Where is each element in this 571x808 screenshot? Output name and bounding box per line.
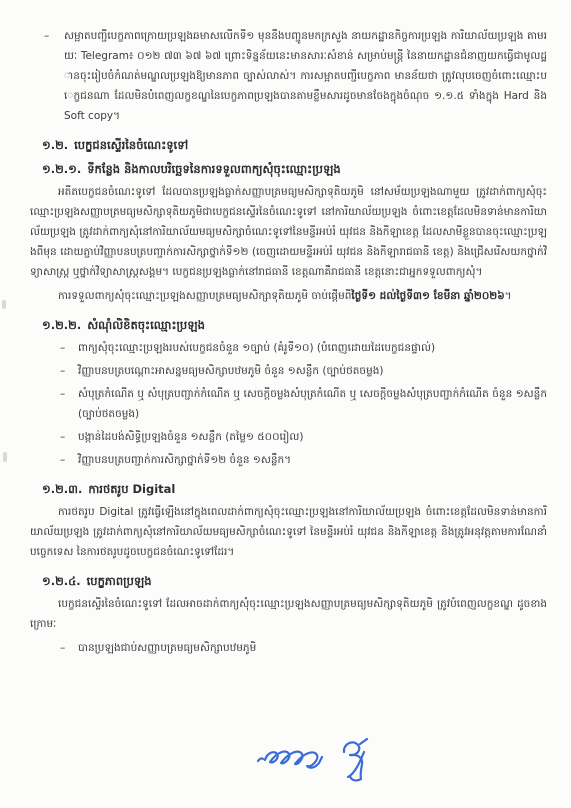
paragraph-1-2-1-dates: ការទទួលពាក្យសុំចុះឈ្មោះប្រឡងសញ្ញាបត្រមធ្…: [30, 286, 547, 306]
section-heading-1-2: ១.២.បេក្ខជនស្ទើរនៃចំណេះទូទៅ: [42, 134, 547, 156]
eligibility-list: – បានប្រឡងជាប់សញ្ញាបត្រមធ្យមសិក្សាបឋមភូម…: [30, 638, 547, 658]
section-title: ទីកន្លែង និងកាលបរិច្ឆេទនៃការទទួលពាក្យសុំ…: [87, 162, 340, 176]
section-title: បេក្ខជនស្ទើរនៃចំណេះទូទៅ: [74, 138, 188, 152]
handwritten-signature: [256, 734, 382, 782]
section-number: ១.២.៤.: [42, 574, 81, 588]
list-item: – បង្កាន់ដៃបង់សិទ្ធិប្រឡងចំនួន ១សន្លឹក (…: [60, 427, 547, 447]
section-heading-1-2-3: ១.២.៣.ការថតរូប Digital: [42, 478, 547, 500]
section-title: សំណុំលិខិតចុះឈ្មោះប្រឡង: [87, 318, 205, 332]
paragraph-1-2-4-body: បេក្ខជនស្ទើរនៃចំណេះទូទៅ ដែលអាចដាក់ពាក្យស…: [30, 594, 547, 634]
bullet-dash: –: [60, 450, 65, 470]
list-item-text: ពាក្យសុំចុះឈ្មោះប្រឡងរបស់បេក្ខជនចំនួន ១ច…: [78, 342, 435, 354]
bullet-dash: –: [60, 638, 65, 658]
list-item-text: សំបុត្រកំណើត ឬ សំបុត្របញ្ជាក់កំណើត ឬ សេច…: [78, 388, 547, 420]
signature-ink: [256, 734, 382, 782]
list-item: – វិញ្ញាបនបត្របញ្ជាក់ការសិក្សាថ្នាក់ទី១២…: [60, 450, 547, 470]
paragraph-1-2-3-body: ការថតរូប Digital ត្រូវធ្វើឡើងនៅក្នុងពេលដ…: [30, 502, 547, 562]
section-number: ១.២.២.: [42, 318, 81, 332]
list-item-text: បានប្រឡងជាប់សញ្ញាបត្រមធ្យមសិក្សាបឋមភូមិ: [78, 642, 256, 654]
list-item-text: វិញ្ញាបនបត្របណ្ដោះអាសន្នមធ្យមសិក្សាបឋមភូ…: [78, 365, 384, 377]
list-item-text: បង្កាន់ដៃបង់សិទ្ធិប្រឡងចំនួន ១សន្លឹក (តម…: [78, 431, 303, 443]
scan-artifact: [2, 300, 6, 309]
scan-artifact: [3, 452, 7, 462]
bullet-dash: –: [60, 338, 65, 358]
document-page: – សម្អាតបញ្ជីបេក្ខភាពក្រោយប្រឡងឆមាសលើកទី…: [0, 0, 571, 808]
bullet-dash: –: [44, 26, 49, 46]
intro-bullet-item: – សម្អាតបញ្ជីបេក្ខភាពក្រោយប្រឡងឆមាសលើកទី…: [30, 26, 547, 126]
dates-text-end: ។: [505, 290, 512, 302]
signature-stroke-left: [258, 752, 322, 768]
signature-stroke-right: [344, 739, 367, 780]
section-title: បេក្ខភាពប្រឡង: [87, 574, 152, 588]
dates-text: ការទទួលពាក្យសុំចុះឈ្មោះប្រឡងសញ្ញាបត្រមធ្…: [58, 290, 351, 302]
section-number: ១.២.៣.: [42, 482, 82, 496]
section-title: ការថតរូប Digital: [88, 482, 175, 496]
list-item: – បានប្រឡងជាប់សញ្ញាបត្រមធ្យមសិក្សាបឋមភូម…: [60, 638, 547, 658]
section-number: ១.២.១.: [42, 162, 81, 176]
list-item: – ពាក្យសុំចុះឈ្មោះប្រឡងរបស់បេក្ខជនចំនួន …: [60, 338, 547, 358]
section-number: ១.២.: [42, 138, 68, 152]
required-documents-list: – ពាក្យសុំចុះឈ្មោះប្រឡងរបស់បេក្ខជនចំនួន …: [30, 338, 547, 470]
intro-bullet-text: សម្អាតបញ្ជីបេក្ខភាពក្រោយប្រឡងឆមាសលើកទី១ …: [64, 30, 547, 122]
bullet-dash: –: [60, 427, 65, 447]
section-heading-1-2-1: ១.២.១.ទីកន្លែង និងកាលបរិច្ឆេទនៃការទទួលពា…: [42, 158, 547, 180]
section-heading-1-2-2: ១.២.២.សំណុំលិខិតចុះឈ្មោះប្រឡង: [42, 314, 547, 336]
list-item: – វិញ្ញាបនបត្របណ្ដោះអាសន្នមធ្យមសិក្សាបឋម…: [60, 361, 547, 381]
list-item-text: វិញ្ញាបនបត្របញ្ជាក់ការសិក្សាថ្នាក់ទី១២ ច…: [78, 454, 291, 466]
section-heading-1-2-4: ១.២.៤.បេក្ខភាពប្រឡង: [42, 570, 547, 592]
paragraph-1-2-1-body: អតីតបេក្ខជនចំណេះទូទៅ ដែលបានប្រឡងធ្លាក់សញ…: [30, 182, 547, 282]
bullet-dash: –: [60, 384, 65, 404]
registration-date-range: ថ្ងៃទី១ ដល់ថ្ងៃទី៣១ ខែមីនា ឆ្នាំ២០២៦: [351, 290, 504, 302]
bullet-dash: –: [60, 361, 65, 381]
list-item: – សំបុត្រកំណើត ឬ សំបុត្របញ្ជាក់កំណើត ឬ ស…: [60, 384, 547, 424]
